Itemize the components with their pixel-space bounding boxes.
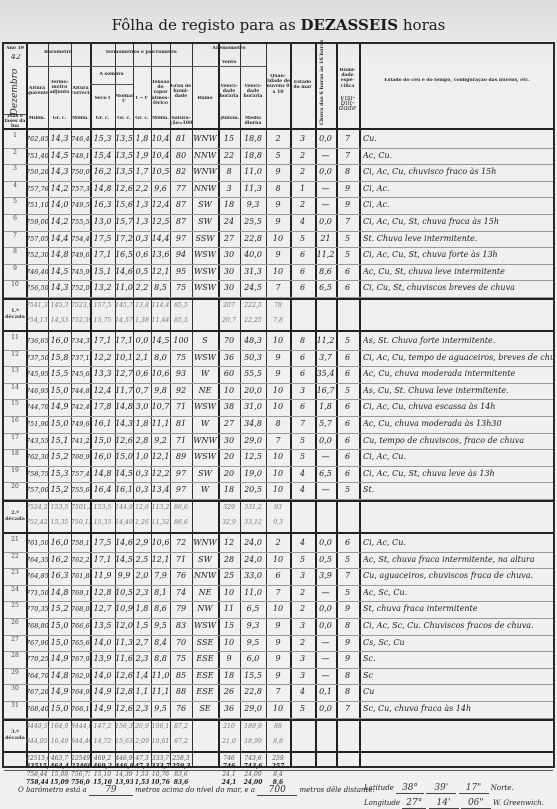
cell-v2: 18,8 xyxy=(240,134,266,145)
cell-mar: 6 xyxy=(290,369,315,380)
cell-term: 15,0 xyxy=(48,419,71,430)
cell-hum: 5 xyxy=(336,336,359,347)
cell-seco: 15,3 xyxy=(90,134,115,145)
cell-v2: 31,0 xyxy=(240,402,266,413)
cell-grau: 77 xyxy=(170,184,192,195)
dry-bulb-header: Sêco t xyxy=(90,96,115,108)
cell-hum: 6 xyxy=(336,267,359,278)
cell-seco: 17,1 xyxy=(90,250,115,261)
cell-rumo: NW xyxy=(192,604,218,615)
cell-alt: 764,35 xyxy=(26,555,48,566)
day-number: 5 xyxy=(4,197,26,214)
day-number: 11 xyxy=(4,333,26,350)
cell-nuv: 10 xyxy=(266,234,290,245)
cell-term: 15,2 xyxy=(48,452,71,463)
cell-seco: 17,8 xyxy=(90,402,115,413)
cell-hum: 9 xyxy=(336,604,359,615)
cell-corr: 757,43 xyxy=(71,469,90,480)
cell-rumo: WSW xyxy=(192,283,218,294)
decade-average: 844,950 xyxy=(26,737,48,747)
sky-remark: Ci, Ac, Cu, tempo de aguaceiros, breves … xyxy=(363,353,553,364)
decade-average: 752,425 xyxy=(26,518,48,528)
row-rule xyxy=(4,197,553,198)
cell-corr: 742,47 xyxy=(71,402,90,413)
cell-mar: 4 xyxy=(290,687,315,698)
cell-v1: 60 xyxy=(218,369,240,380)
cell-seco: 17,1 xyxy=(90,555,115,566)
decade-average: 754,130 xyxy=(26,316,48,326)
day-number: 30 xyxy=(4,684,26,701)
decade-sum: 7501,28 xyxy=(71,503,90,513)
cell-hum: 6 xyxy=(336,436,359,447)
cell-molh: 14,3 xyxy=(115,419,133,430)
cell-grau: 79 xyxy=(170,604,192,615)
cell-rumo: NE xyxy=(192,588,218,599)
cell-grau: 87 xyxy=(170,217,192,228)
cell-tens: 14,4 xyxy=(151,234,170,245)
decade-sum: 153,5 xyxy=(48,503,71,513)
cell-v1: 30 xyxy=(218,250,240,261)
cell-chuva: 16,7 xyxy=(315,386,336,397)
cell-corr: 764,92 xyxy=(71,687,90,698)
cell-nuv: 9 xyxy=(266,200,290,211)
cell-diff: 1,9 xyxy=(133,151,151,162)
decade-average: 7,8 xyxy=(266,316,290,326)
vapor-tension-header: Tensão do vapor atmos-férico xyxy=(151,80,170,110)
decade-rule xyxy=(4,298,553,300)
cell-alt: 764,70 xyxy=(26,671,48,682)
month-value: Dezembro xyxy=(10,64,22,120)
cell-term: 14,5 xyxy=(48,151,71,162)
cell-v2: 29,0 xyxy=(240,704,266,715)
cell-v2: 25,5 xyxy=(240,217,266,228)
cell-v2: 19,0 xyxy=(240,469,266,480)
cell-nuv: 9 xyxy=(266,250,290,261)
decade-average: 18,99 xyxy=(240,737,266,747)
sky-remark: Ci, Ac, Cu, St, chuva leve às 13h xyxy=(363,469,553,480)
wet-bulb-header: Molhado t' xyxy=(115,94,133,108)
day-number: 9 xyxy=(4,264,26,281)
cell-diff: 1,1 xyxy=(133,687,151,698)
corrected-height-header: Altura correcta xyxy=(71,86,90,106)
cell-alt: 759,00 xyxy=(26,217,48,228)
decade-sum xyxy=(192,503,218,513)
cell-mar: 3 xyxy=(290,386,315,397)
cell-v2: 24,0 xyxy=(240,555,266,566)
cell-corr: 766,10 xyxy=(71,704,90,715)
sky-remark: Sc, Cu, chuva fraca às 14h xyxy=(363,704,553,715)
cell-tens: 7,9 xyxy=(151,571,170,582)
cell-chuva: 0,0 xyxy=(315,436,336,447)
cell-hum: 5 xyxy=(336,555,359,566)
cell-hum: 8 xyxy=(336,671,359,682)
cell-rumo: SW xyxy=(192,217,218,228)
cell-chuva: 0,5 xyxy=(315,555,336,566)
cell-grau: 97 xyxy=(170,234,192,245)
cell-tens: 9,5 xyxy=(151,704,170,715)
cell-tens: 12,1 xyxy=(151,555,170,566)
cell-term: 14,9 xyxy=(48,687,71,698)
sky-remark: As, Cu, St. Chuva leve intermitente. xyxy=(363,386,553,397)
cell-v2: 9,3 xyxy=(240,200,266,211)
row-rule xyxy=(4,383,553,384)
cell-diff: 0,6 xyxy=(133,369,151,380)
cell-grau: 81 xyxy=(170,134,192,145)
decade-average: 1,38 xyxy=(133,316,151,326)
cell-v2: 34,8 xyxy=(240,419,266,430)
cell-v1: 28 xyxy=(218,555,240,566)
cell-diff: 1,8 xyxy=(133,419,151,430)
cell-alt: 767,20 xyxy=(26,687,48,698)
cell-hum: 8 xyxy=(336,167,359,178)
row-rule xyxy=(4,264,553,265)
cell-corr: 754,41 xyxy=(71,234,90,245)
cell-tens: 10,5 xyxy=(151,167,170,178)
latitude-line: Latitude 38° 39' 17" Norte. xyxy=(364,783,514,794)
cell-molh: 16,1 xyxy=(115,485,133,496)
cell-molh: 11,0 xyxy=(115,283,133,294)
row-rule xyxy=(4,466,553,467)
cell-hum: 7 xyxy=(336,151,359,162)
row-rule xyxy=(4,214,553,215)
cell-tens: 11,0 xyxy=(151,671,170,682)
decade-sum: 114,4 xyxy=(151,301,170,311)
cell-hum: 6 xyxy=(336,419,359,430)
cell-v1: 15 xyxy=(218,134,240,145)
cell-tens: 12,5 xyxy=(151,217,170,228)
row-rule xyxy=(4,585,553,586)
cell-mar: 3 xyxy=(290,134,315,145)
decade-sum: 144,9 xyxy=(115,503,133,513)
day-number: 15 xyxy=(4,399,26,416)
cell-nuv: 10 xyxy=(266,555,290,566)
cell-hum: 7 xyxy=(336,704,359,715)
cell-rumo: NE xyxy=(192,386,218,397)
cell-tens: 8,6 xyxy=(151,604,170,615)
sky-remark: Cu, aguaceiros, chuviscos fraca de chuva… xyxy=(363,571,553,582)
cell-rumo: WSW xyxy=(192,267,218,278)
decade-average xyxy=(192,518,218,528)
cell-mar: 5 xyxy=(290,234,315,245)
cell-term: 14,8 xyxy=(48,588,71,599)
cell-mar: 2 xyxy=(290,151,315,162)
cell-rumo: NNW xyxy=(192,151,218,162)
sky-remark: Ac, Cu, chuva moderada às 13h30 xyxy=(363,419,553,430)
cell-diff: 0,3 xyxy=(133,234,151,245)
cell-corr: 750,07 xyxy=(71,167,90,178)
cell-molh: 11,7 xyxy=(115,386,133,397)
cell-v1: 18 xyxy=(218,200,240,211)
cell-diff: 1,8 xyxy=(133,604,151,615)
decade-average: 86,6 xyxy=(170,518,192,528)
cell-grau: 72 xyxy=(170,538,192,549)
decade-average: 844,405 xyxy=(71,737,90,747)
row-rule xyxy=(4,601,553,602)
cell-tens: 8,5 xyxy=(151,283,170,294)
cell-chuva: 0,0 xyxy=(315,538,336,549)
cell-chuva: 0,0 xyxy=(315,167,336,178)
cell-nuv: 9 xyxy=(266,369,290,380)
cell-v2: 24,5 xyxy=(240,283,266,294)
cell-grau: 87 xyxy=(170,200,192,211)
cell-seco: 14,0 xyxy=(90,638,115,649)
decade-sum: 157,5 xyxy=(90,301,115,311)
row-rule xyxy=(4,618,553,619)
sky-remark: Ci, Ac. xyxy=(363,184,553,195)
decade-sum: 7541,30 xyxy=(26,301,48,311)
cell-grau: 71 xyxy=(170,436,192,447)
unit-label-diff: Gr. c. xyxy=(133,116,151,126)
cell-v2: 50,3 xyxy=(240,353,266,364)
cell-chuva: — xyxy=(315,184,336,195)
cell-diff: 0,6 xyxy=(133,250,151,261)
cell-molh: 12,7 xyxy=(115,369,133,380)
unit-label-vel2: Média diurna xyxy=(240,116,266,126)
sky-remark: Ac, Cu, chuva moderada intermitente xyxy=(363,369,553,380)
cell-chuva: 6,5 xyxy=(315,283,336,294)
decade-sum: 78 xyxy=(266,301,290,311)
cell-chuva: 0,0 xyxy=(315,621,336,632)
cell-rumo: SW xyxy=(192,200,218,211)
cell-corr: 737,13 xyxy=(71,353,90,364)
barometer-height-field: 79 xyxy=(89,785,133,796)
row-rule xyxy=(4,350,553,351)
cell-diff: 2,7 xyxy=(133,638,151,649)
cell-molh: 15,7 xyxy=(115,217,133,228)
cell-v1: 18 xyxy=(218,485,240,496)
cell-alt: 751,40 xyxy=(26,151,48,162)
day-number: 25 xyxy=(4,601,26,618)
cell-nuv: 10 xyxy=(266,469,290,480)
cell-grau: 71 xyxy=(170,555,192,566)
cell-chuva: — xyxy=(315,485,336,496)
sky-remark: Ci, Ac, Cu, St, chuva forte às 13h xyxy=(363,250,553,261)
cell-term: 14,9 xyxy=(48,402,71,413)
decade-sum: 93 xyxy=(266,503,290,513)
cell-molh: 13,5 xyxy=(115,151,133,162)
decade-average: 15,75 xyxy=(90,316,115,326)
decade-rule xyxy=(4,751,553,753)
cell-v2: 55,5 xyxy=(240,369,266,380)
cell-mar: 4 xyxy=(290,469,315,480)
cell-rumo: ESE xyxy=(192,687,218,698)
row-rule xyxy=(4,399,553,400)
cell-diff: 1,8 xyxy=(133,134,151,145)
cell-nuv: 9 xyxy=(266,638,290,649)
sky-remark: Ci, Cu, St, chuviscos breves de chuva xyxy=(363,283,553,294)
cell-corr: 749,64 xyxy=(71,419,90,430)
cell-grau: 80 xyxy=(170,151,192,162)
cell-diff: 1,5 xyxy=(133,621,151,632)
page-title: Fôlha de registo para as DEZASSEIS horas xyxy=(0,16,557,34)
cell-nuv: 9 xyxy=(266,654,290,665)
visibility-handwritten: Visi-bili-dade xyxy=(336,96,359,126)
cloud-amount-header: Quan-tidade de nuvens 0 a 10 xyxy=(266,74,290,110)
sky-remark: St. Chuva leve intermitente. xyxy=(363,234,553,245)
cell-chuva: 8,6 xyxy=(315,267,336,278)
longitude-line: Longitude 27° 14' 06" W. Greenwich. xyxy=(364,798,544,809)
cell-alt: 757,76 xyxy=(26,184,48,195)
cell-rumo: WSW xyxy=(192,402,218,413)
cell-tens: 8,0 xyxy=(151,353,170,364)
cell-chuva: 3,7 xyxy=(315,353,336,364)
cell-v1: 26 xyxy=(218,687,240,698)
decade-average: 22,25 xyxy=(240,316,266,326)
decade-average: 8,8 xyxy=(266,737,290,747)
cell-term: 15,0 xyxy=(48,386,71,397)
sky-remark: As, St. Chuva forte intermitente. xyxy=(363,336,553,347)
decade-average: 750,128 xyxy=(71,518,90,528)
cell-hum: 9 xyxy=(336,638,359,649)
cell-hum: 6 xyxy=(336,369,359,380)
cell-tens: 10,7 xyxy=(151,402,170,413)
cell-seco: 12,8 xyxy=(90,588,115,599)
decade-sum: 156,3 xyxy=(115,722,133,732)
cell-v1: 70 xyxy=(218,336,240,347)
cell-grau: 76 xyxy=(170,704,192,715)
cell-diff: 0,5 xyxy=(133,267,151,278)
decade-sum: 12,6 xyxy=(133,503,151,513)
cell-v1: 10 xyxy=(218,588,240,599)
cell-chuva: 0,0 xyxy=(315,217,336,228)
day-number: 22 xyxy=(4,552,26,569)
cell-molh: 14,6 xyxy=(115,538,133,549)
cell-mar: 6 xyxy=(290,353,315,364)
cell-term: 14,5 xyxy=(48,267,71,278)
cell-diff: 2,5 xyxy=(133,555,151,566)
cell-grau: 71 xyxy=(170,402,192,413)
decade-average: 14,53 xyxy=(48,316,71,326)
sky-remark: Ci, Ac, Cu, chuvisco fraco às 15h xyxy=(363,167,553,178)
wind-header: Vento xyxy=(192,60,266,66)
cell-hum: 9 xyxy=(336,654,359,665)
wind-speed-average-header: Veloci-dade horária xyxy=(240,84,266,106)
cell-alt: 768,80 xyxy=(26,621,48,632)
cell-alt: 762,85 xyxy=(26,134,48,145)
barometer-distance-field: 700 xyxy=(257,785,297,796)
cell-hum: 8 xyxy=(336,687,359,698)
cell-hum: 6 xyxy=(336,283,359,294)
decade-sum: 331,2 xyxy=(240,503,266,513)
cell-rumo: SW xyxy=(192,555,218,566)
row-rule xyxy=(4,684,553,685)
cell-nuv: 10 xyxy=(266,704,290,715)
cell-seco: 13,3 xyxy=(90,369,115,380)
cell-seco: 15,0 xyxy=(90,436,115,447)
cell-term: 15,1 xyxy=(48,436,71,447)
cell-molh: 12,6 xyxy=(115,671,133,682)
cell-v1: 30 xyxy=(218,283,240,294)
cell-alt: 743,55 xyxy=(26,436,48,447)
cell-rumo: WSW xyxy=(192,353,218,364)
cell-seco: 14,9 xyxy=(90,704,115,715)
cell-v2: 22,8 xyxy=(240,687,266,698)
cell-nuv: 9 xyxy=(266,217,290,228)
cell-seco: 14,9 xyxy=(90,687,115,698)
cell-diff: 1,0 xyxy=(133,452,151,463)
cell-mar: 6 xyxy=(290,250,315,261)
decade-sum: 145,7 xyxy=(115,301,133,311)
cell-molh: 10,5 xyxy=(115,588,133,599)
decade-average: 14,57 xyxy=(115,316,133,326)
decade-average: 85,5 xyxy=(170,316,192,326)
cell-alt: 758,75 xyxy=(26,469,48,480)
cell-nuv: 10 xyxy=(266,402,290,413)
cell-v1: 30 xyxy=(218,436,240,447)
cell-mar: 5 xyxy=(290,555,315,566)
cell-mar: 4 xyxy=(290,538,315,549)
decade-sum: 164,9 xyxy=(48,722,71,732)
day-number: 16 xyxy=(4,416,26,433)
cell-corr: 749,50 xyxy=(71,200,90,211)
cell-alt: 757,05 xyxy=(26,234,48,245)
cell-corr: 745,63 xyxy=(71,369,90,380)
cell-chuva: — xyxy=(315,671,336,682)
header-rule xyxy=(90,84,133,85)
cell-rumo: ESE xyxy=(192,654,218,665)
cell-nuv: 7 xyxy=(266,588,290,599)
row-rule xyxy=(4,449,553,450)
cell-mar: 4 xyxy=(290,485,315,496)
cell-seco: 14,0 xyxy=(90,671,115,682)
decade-average: 32,9 xyxy=(218,518,240,528)
decade-sum: 153,5 xyxy=(90,503,115,513)
cell-alt: 768,40 xyxy=(26,704,48,715)
cell-diff: 1,4 xyxy=(133,671,151,682)
cell-alt: 751,90 xyxy=(26,419,48,430)
decade-rule xyxy=(4,719,553,721)
cell-chuva: — xyxy=(315,588,336,599)
cell-alt: 751,10 xyxy=(26,200,48,211)
cell-tens: 12,2 xyxy=(151,469,170,480)
cell-seco: 13,2 xyxy=(90,283,115,294)
cell-v2: 24,0 xyxy=(240,538,266,549)
cell-tens: 12,1 xyxy=(151,452,170,463)
decade-sum: 20,9 xyxy=(133,722,151,732)
sky-remark: Ac, Sc, Cu. xyxy=(363,588,553,599)
cell-rumo: SE xyxy=(192,704,218,715)
cell-alt: 750,20 xyxy=(26,167,48,178)
anemometer-group-header: Anemómetro xyxy=(192,46,266,60)
cell-chuva: 0,1 xyxy=(315,687,336,698)
decade-label: 1.ª década xyxy=(4,308,26,322)
cell-hum: 5 xyxy=(336,386,359,397)
cell-rumo: WNW xyxy=(192,436,218,447)
cell-alt: 752,30 xyxy=(26,250,48,261)
wind-direction-header: Rumo xyxy=(192,96,218,106)
cell-term: 15,0 xyxy=(48,638,71,649)
day-number: 6 xyxy=(4,214,26,231)
cell-term: 15,5 xyxy=(48,369,71,380)
cell-v1: 30 xyxy=(218,267,240,278)
cell-diff: 1,3 xyxy=(133,200,151,211)
cell-seco: 17,5 xyxy=(90,234,115,245)
cell-term: 14,3 xyxy=(48,134,71,145)
cell-rumo: ESE xyxy=(192,671,218,682)
cell-seco: 16,0 xyxy=(90,452,115,463)
cell-molh: 12,6 xyxy=(115,436,133,447)
unit-label-vel1: Quilóm. xyxy=(218,116,240,126)
cell-diff: 0,3 xyxy=(133,485,151,496)
row-rule xyxy=(4,433,553,434)
day-number: 2 xyxy=(4,148,26,165)
cell-corr: 755,58 xyxy=(71,217,90,228)
row-rule xyxy=(4,651,553,652)
temperature-difference-header: t − t' xyxy=(133,96,151,106)
cell-corr: 745,97 xyxy=(71,267,90,278)
cell-v2: 6,5 xyxy=(240,604,266,615)
cell-term: 14,9 xyxy=(48,654,71,665)
